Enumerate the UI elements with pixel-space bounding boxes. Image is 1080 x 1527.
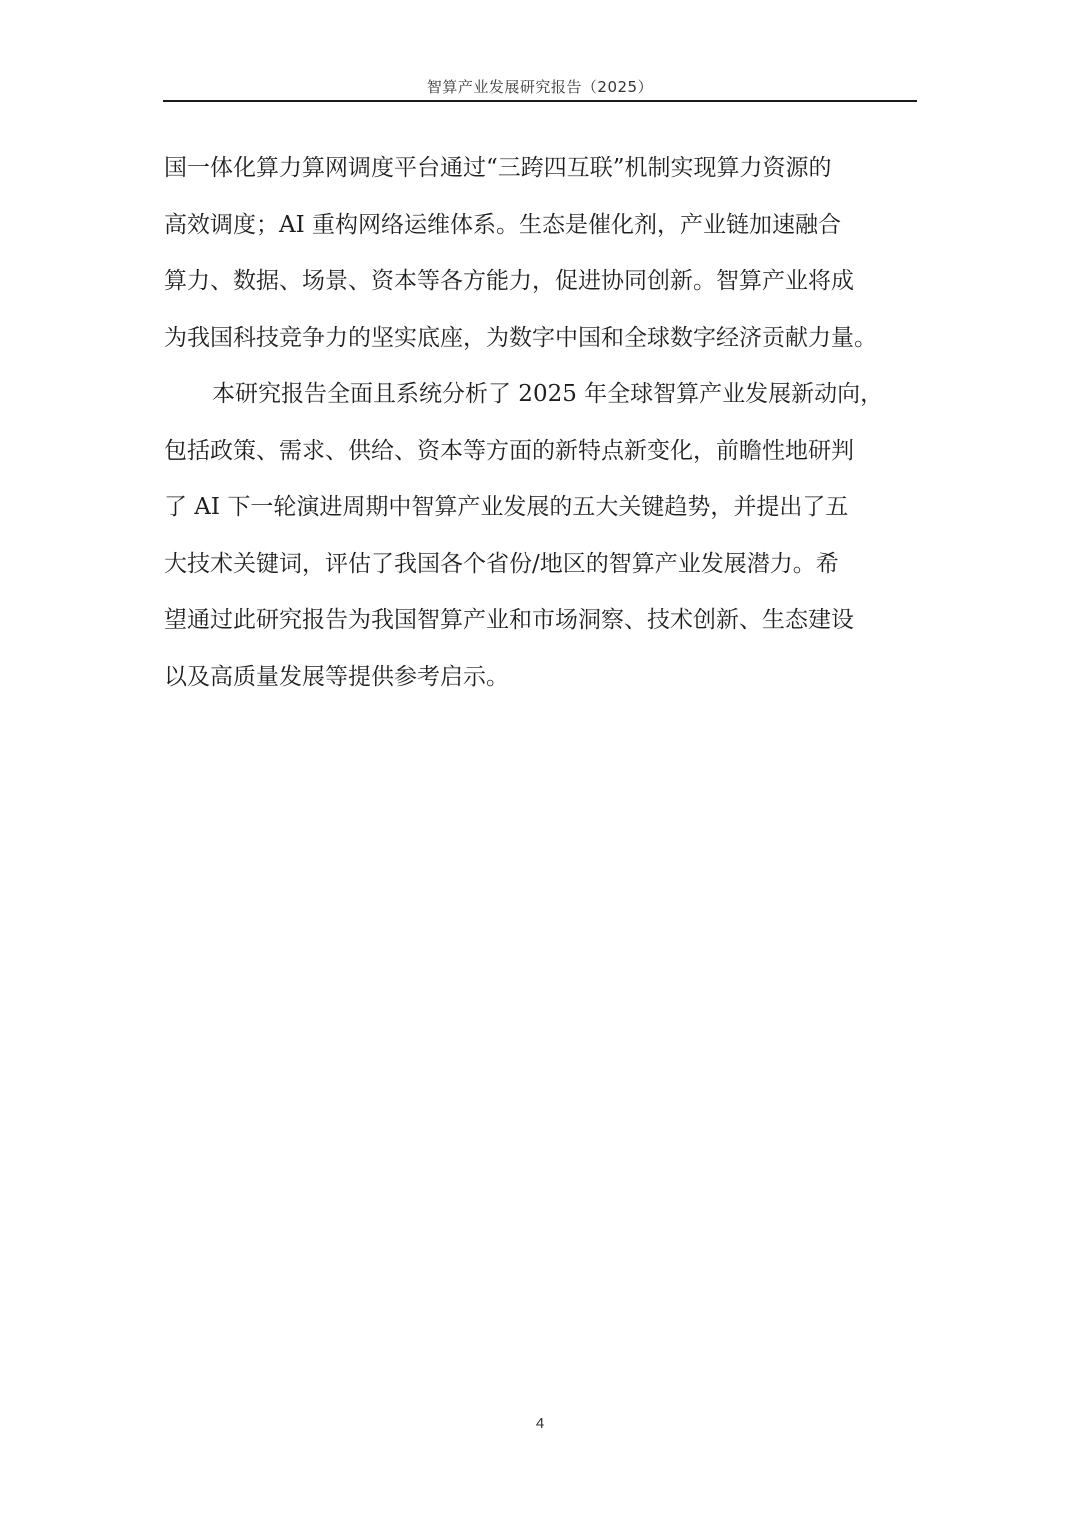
paragraph-2: 本研究报告全面且系统分析了 2025 年全球智算产业发展新动向， 包括政策、需求…	[164, 366, 924, 705]
text-line: 本研究报告全面且系统分析了 2025 年全球智算产业发展新动向，	[164, 366, 924, 423]
header-divider	[163, 100, 917, 102]
page-header-title: 智算产业发展研究报告（2025）	[163, 76, 917, 98]
paragraph-1: 国一体化算力算网调度平台通过“三跨四互联”机制实现算力资源的 高效调度；AI 重…	[164, 140, 924, 366]
text-line: 为我国科技竞争力的坚实底座，为数字中国和全球数字经济贡献力量。	[164, 310, 924, 367]
body-text: 国一体化算力算网调度平台通过“三跨四互联”机制实现算力资源的 高效调度；AI 重…	[164, 140, 924, 705]
text-line: 大技术关键词，评估了我国各个省份/地区的智算产业发展潜力。希	[164, 536, 924, 593]
text-line: 以及高质量发展等提供参考启示。	[164, 649, 924, 706]
text-line: 了 AI 下一轮演进周期中智算产业发展的五大关键趋势，并提出了五	[164, 479, 924, 536]
text-line: 算力、数据、场景、资本等各方能力，促进协同创新。智算产业将成	[164, 253, 924, 310]
text-line: 国一体化算力算网调度平台通过“三跨四互联”机制实现算力资源的	[164, 140, 924, 197]
text-line: 望通过此研究报告为我国智算产业和市场洞察、技术创新、生态建设	[164, 592, 924, 649]
page-number: 4	[0, 1415, 1080, 1432]
text-line: 高效调度；AI 重构网络运维体系。生态是催化剂，产业链加速融合	[164, 197, 924, 254]
text-line: 包括政策、需求、供给、资本等方面的新特点新变化，前瞻性地研判	[164, 423, 924, 480]
